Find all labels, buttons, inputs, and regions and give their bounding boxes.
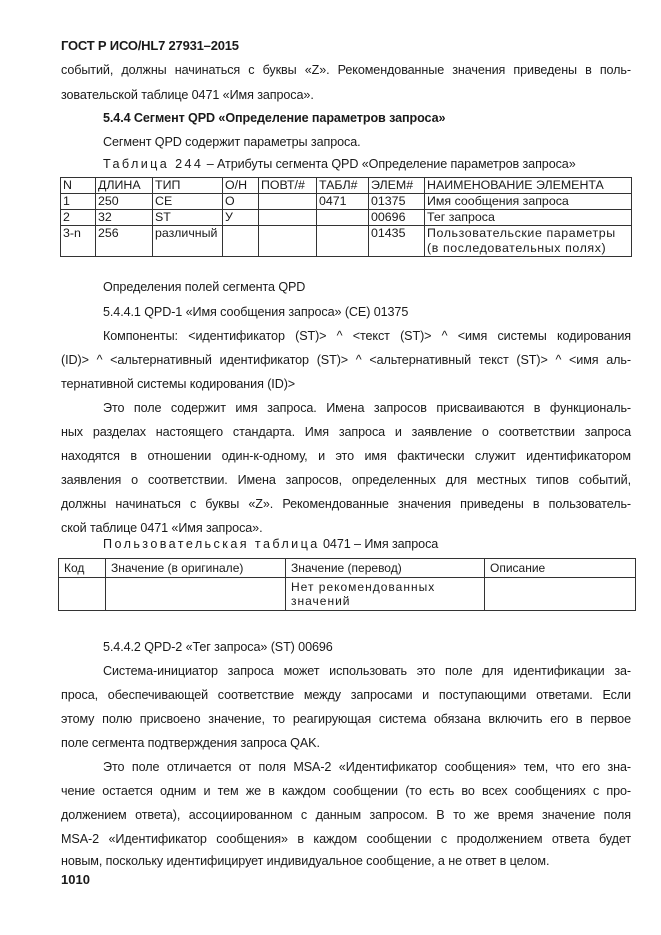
table-cell: 250 — [96, 194, 153, 210]
table-cell: Имя сообщения запроса — [425, 194, 632, 210]
table-cell: Пользовательские параметры (в последоват… — [425, 226, 632, 257]
table-caption: Таблица 244 – Атрибуты сегмента QPD «Опр… — [103, 157, 631, 171]
table-cell — [223, 226, 259, 257]
table-row: 1 250 CE О 0471 01375 Имя сообщения запр… — [61, 194, 632, 210]
table-cell: 0471 — [317, 194, 369, 210]
table-cell — [317, 210, 369, 226]
table-caption-text: – Атрибуты сегмента QPD «Определение пар… — [207, 157, 576, 171]
qpd2-para1-line: Система-инициатор запроса может использо… — [103, 664, 631, 678]
qpd2-para2-line: новым, поскольку идентифицирует индивиду… — [61, 854, 631, 868]
qpd1-body-line: Это поле содержит имя запроса. Имена зап… — [103, 401, 631, 415]
header-cell: ДЛИНА — [96, 178, 153, 194]
section-description: Сегмент QPD содержит параметры запроса. — [103, 135, 631, 149]
qpd2-heading: 5.4.4.2 QPD-2 «Тег запроса» (ST) 00696 — [103, 640, 631, 654]
header-cell: ПОВТ/# — [259, 178, 317, 194]
qpd1-components-line-2: (ID)> ^ <альтернативный идентификатор (S… — [61, 353, 631, 367]
table-cell: ST — [153, 210, 223, 226]
header-cell: ЭЛЕМ# — [369, 178, 425, 194]
table-cell: Нет рекомендованных значений — [286, 578, 485, 611]
qpd1-components-line-3: тернативной системы кодирования (ID)> — [61, 377, 631, 391]
table-cell — [485, 578, 636, 611]
table-cell — [317, 226, 369, 257]
table-cell: 00696 — [369, 210, 425, 226]
table-cell: 2 — [61, 210, 96, 226]
intro-line-2: зовательской таблице 0471 «Имя запроса». — [61, 88, 631, 102]
table-cell: 01375 — [369, 194, 425, 210]
user-table-0471: Код Значение (в оригинале) Значение (пер… — [58, 558, 636, 611]
table-cell — [259, 210, 317, 226]
qpd2-para2-line: чение остается одним и тем же в каждом с… — [61, 784, 631, 798]
qpd1-body-line: должны начинаться с буквы «Z». Рекомендо… — [61, 497, 631, 511]
table-cell: 01435 — [369, 226, 425, 257]
table-row: 3-n 256 различный 01435 Пользовательские… — [61, 226, 632, 257]
table-header-row: Код Значение (в оригинале) Значение (пер… — [59, 559, 636, 578]
intro-line-1: событий, должны начинаться с буквы «Z». … — [61, 63, 631, 77]
qpd2-para2-line: Это поле отличается от поля MSA-2 «Идент… — [103, 760, 631, 774]
header-cell: Значение (перевод) — [286, 559, 485, 578]
qpd2-para1-line: проса, обеспечивающей соответствие между… — [61, 688, 631, 702]
qpd2-para2-line: MSA-2 «Идентификатор сообщения» в каждом… — [61, 832, 631, 846]
header-cell: Значение (в оригинале) — [106, 559, 286, 578]
header-cell: О/Н — [223, 178, 259, 194]
section-heading: 5.4.4 Сегмент QPD «Определение параметро… — [103, 111, 631, 125]
table-cell — [106, 578, 286, 611]
table-cell: различный — [153, 226, 223, 257]
user-table-caption-label: Пользовательская таблица — [103, 537, 320, 551]
table-cell: 256 — [96, 226, 153, 257]
document-header: ГОСТ Р ИСО/HL7 27931–2015 — [61, 38, 239, 53]
table-cell: Тег запроса — [425, 210, 632, 226]
table-cell: CE — [153, 194, 223, 210]
table-cell: 3-n — [61, 226, 96, 257]
header-cell: Код — [59, 559, 106, 578]
user-table-caption-text: 0471 – Имя запроса — [323, 537, 438, 551]
table-row: 2 32 ST У 00696 Тег запроса — [61, 210, 632, 226]
qpd1-body-line: заявления о соответствии. Имена запросов… — [61, 473, 631, 487]
header-cell: ТИП — [153, 178, 223, 194]
qpd2-para2-line: должением ответа), ассоциированном с дан… — [61, 808, 631, 822]
table-header-row: N ДЛИНА ТИП О/Н ПОВТ/# ТАБЛ# ЭЛЕМ# НАИМЕ… — [61, 178, 632, 194]
header-cell: N — [61, 178, 96, 194]
qpd2-para1-line: поле сегмента подтверждения запроса QAK. — [61, 736, 631, 750]
table-cell: 32 — [96, 210, 153, 226]
table-row: Нет рекомендованных значений — [59, 578, 636, 611]
qpd1-body-line: находятся в отношении один-к-одному, и э… — [61, 449, 631, 463]
header-cell: НАИМЕНОВАНИЕ ЭЛЕМЕНТА — [425, 178, 632, 194]
table-cell — [259, 226, 317, 257]
table-cell: О — [223, 194, 259, 210]
qpd1-components-line-1: Компоненты: <идентификатор (ST)> ^ <текс… — [103, 329, 631, 343]
qpd1-heading: 5.4.4.1 QPD-1 «Имя сообщения запроса» (C… — [103, 305, 631, 319]
qpd1-body-line: ской таблице 0471 «Имя запроса». — [61, 521, 631, 535]
qpd2-para1-line: этому полю присвоено значение, то реагир… — [61, 712, 631, 726]
page-number: 1010 — [61, 872, 90, 887]
user-table-caption: Пользовательская таблица 0471 – Имя запр… — [103, 537, 631, 551]
table-cell — [59, 578, 106, 611]
table-cell: 1 — [61, 194, 96, 210]
table-caption-label: Таблица 244 — [103, 157, 203, 171]
header-cell: Описание — [485, 559, 636, 578]
table-cell: У — [223, 210, 259, 226]
header-cell: ТАБЛ# — [317, 178, 369, 194]
attributes-table: N ДЛИНА ТИП О/Н ПОВТ/# ТАБЛ# ЭЛЕМ# НАИМЕ… — [60, 177, 632, 257]
qpd1-body-line: ных разделах настоящего стандарта. Имя з… — [61, 425, 631, 439]
table-cell — [259, 194, 317, 210]
field-defs-title: Определения полей сегмента QPD — [103, 280, 631, 294]
